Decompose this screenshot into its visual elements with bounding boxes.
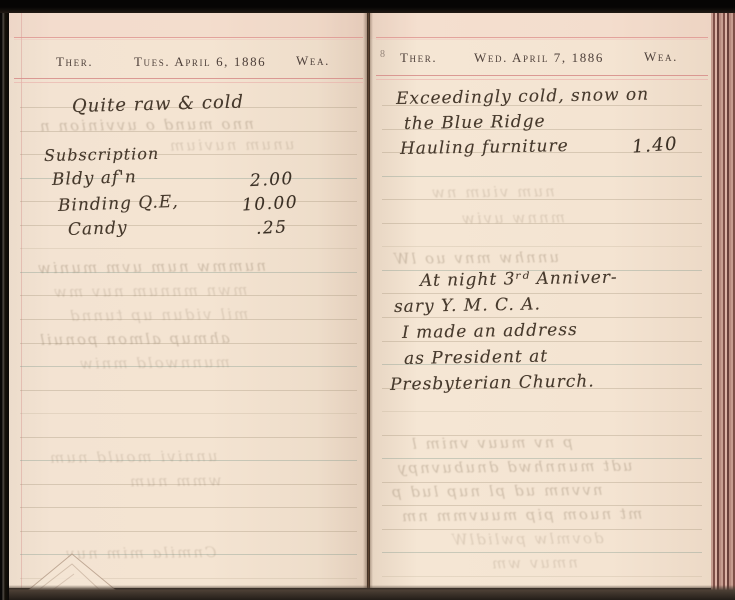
ink-bleed-line: nmuv wm [490,554,578,573]
page-top-tint [370,13,712,39]
diary-page-right: 8 Ther. Wed. April 7, 1886 Wea. Exceedin… [370,13,712,588]
ther-label: Ther. [56,54,93,70]
book-fore-edge [711,0,735,600]
weather-note: Quite raw & cold [72,91,245,116]
ink-bleed-line: wmm num [128,472,222,491]
ink-bleed-line: mt nuom pip muuvmm nm [400,505,642,526]
header-bottom-rule [14,78,363,79]
entry-line: I made an address [402,320,578,343]
ledger-amount: 1.40 [631,133,678,157]
diary-scan: Ther. Tues. April 6, 1886 Wea. Quite raw… [0,0,735,600]
entry-line: Presbyterian Church. [390,371,595,395]
header-top-rule [14,37,363,38]
book-cover-edge-bottom [0,585,735,600]
entry-line: sary Y. M. C. A. [394,294,541,317]
wea-label: Wea. [296,53,330,69]
ledger-amount: .25 [255,217,288,239]
date-heading: Tues. April 6, 1886 [134,54,266,70]
ink-bleed-line: unum nuvium [168,135,295,154]
wea-label: Wea. [644,49,678,65]
ink-bleed-line: nno mund o uvvinion n [38,115,254,135]
ink-bleed-line: mnnw uviw [460,208,565,227]
ink-bleed-line: ahmup almon ponuil [38,329,230,349]
left-margin-rule [21,12,22,588]
date-heading: Wed. April 7, 1886 [474,50,604,66]
margin-mark: 8 [380,49,387,60]
book-cover-edge-left [0,0,9,600]
page-top-tint [8,12,367,38]
section-title: Subscription [44,144,159,165]
ink-bleed-line: munnwold mniw [78,353,230,373]
ledger-item: Hauling furniture [400,136,569,159]
ledger-item: Candy [68,218,128,240]
ink-bleed-line: mil vidun up tunnd [68,305,248,325]
entry-line: the Blue Ridge [404,112,546,134]
ledger-amount: 2.00 [250,169,295,191]
ledger-amount: 10.00 [242,193,299,216]
header-bottom-rule-echo [14,82,363,83]
ink-bleed-line: nvvnm ud pl nup lud p [390,481,603,501]
entry-line: as President at [404,346,548,369]
book-gutter-shadow [363,12,373,588]
ink-bleed-line: num vium nw [430,182,555,201]
ink-bleed-line: udt munnhwd dnubuvnpy [396,457,633,477]
ink-bleed-line: nummw num uvm muniw [36,257,266,277]
ledger-item: Bldy af'n [52,167,138,190]
header-bottom-rule [376,75,708,76]
ink-bleed-line: p nv muuv vnim l [410,433,573,453]
header-bottom-rule-echo [376,79,708,80]
entry-line: At night 3ʳᵈ Anniver- [420,268,618,291]
ink-bleed-line: dovmlw pwlidlW [450,529,604,549]
header-top-rule [376,37,708,38]
diary-page-left: Ther. Tues. April 6, 1886 Wea. Quite raw… [8,12,367,588]
book-cover-edge-top [0,0,735,13]
ther-label: Ther. [400,50,437,66]
ledger-item: Binding Q.E, [58,192,179,216]
ink-bleed-line: unnivi mould num [48,447,218,467]
ink-bleed-line: mwn mnnum nuv mw [52,281,248,301]
ink-bleed-line: unnhw mnv uo lW [392,248,559,268]
